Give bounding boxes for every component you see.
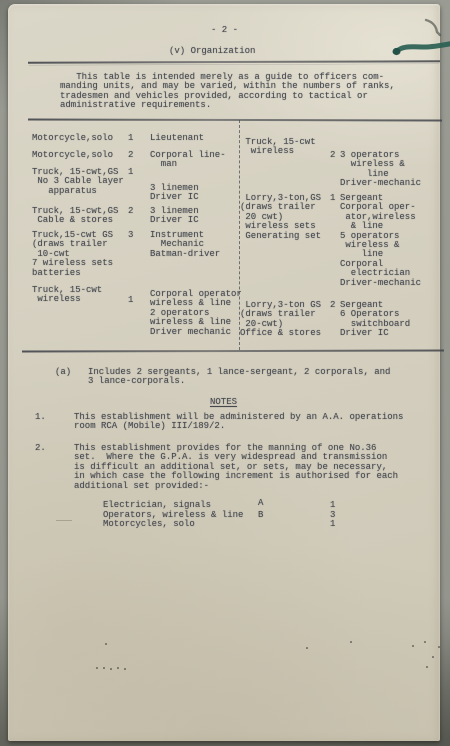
qty-cell: 3 [128, 231, 133, 240]
personnel-cell: Lieutenant [150, 134, 204, 143]
qty-cell: 2 [330, 301, 335, 310]
photo-backdrop: - 2 - (v) Organization This table is int… [0, 0, 450, 746]
notes-heading: NOTES [210, 398, 237, 407]
qty-cell: 1 [330, 194, 335, 203]
vehicle-cell: Truck,15-cwt GS (draws trailer 10-cwt 7 … [32, 231, 113, 278]
increment-qty: 1 [330, 501, 335, 510]
personnel-cell: Corporal line- man [150, 151, 226, 170]
note-text: This establishment provides for the mann… [74, 444, 398, 491]
vehicle-cell: Truck, 15-cwt wireless [32, 286, 102, 305]
increment-qty: 1 [330, 520, 335, 529]
document-page: - 2 - (v) Organization This table is int… [8, 4, 440, 741]
note-number: 1. [35, 413, 46, 422]
personnel-cell: Corporal operator wireless & line 2 oper… [150, 290, 242, 337]
footnote-a-text: Includes 2 sergeants, 1 lance-sergeant, … [88, 368, 390, 387]
qty-cell: 1 [128, 168, 133, 177]
qty-cell: 2 [128, 151, 133, 160]
heading-rule [28, 60, 440, 63]
note-number: 2. [35, 444, 46, 453]
intro-paragraph: This table is intended merely as a guide… [60, 73, 395, 111]
vehicle-cell: Truck, 15-cwt,GS Cable & stores [32, 207, 118, 226]
vehicle-cell: Truck, 15-cwt wireless [240, 138, 316, 157]
vehicle-cell: Motorcycle,solo [32, 151, 113, 160]
vehicle-cell: Lorry,3-ton,GS (draws trailer 20 cwt) wi… [240, 194, 321, 241]
personnel-cell: 3 linemen Driver IC [150, 184, 199, 203]
increment-item: Electrician, signals [103, 501, 211, 510]
section-heading: (v) Organization [169, 47, 255, 56]
increment-item: Motorcycles, solo [103, 520, 195, 529]
increment-code: A [258, 499, 263, 508]
qty-cell: 2 [128, 207, 133, 216]
qty-cell: 1 [128, 296, 133, 305]
table-bottom-rule [22, 349, 444, 352]
personnel-cell: Sergeant Corporal oper- ator,wireless & … [340, 194, 421, 288]
personnel-cell: Instrument Mechanic Batman-driver [150, 231, 220, 259]
personnel-cell: 3 operators wireless & line Driver-mecha… [340, 151, 421, 189]
paper-smudge [56, 520, 72, 521]
qty-cell: 2 [330, 151, 335, 160]
vehicle-cell: Lorry,3-ton GS (draws trailer 20-cwt) Of… [240, 301, 321, 339]
note-text: This establishment will be administered … [74, 413, 403, 432]
vehicle-cell: Truck, 15-cwt,GS No 3 Cable layer appara… [32, 168, 124, 196]
qty-cell: 1 [128, 134, 133, 143]
increment-code: B [258, 511, 263, 520]
pen-squiggle-mark [424, 16, 450, 40]
personnel-cell: Sergeant 6 Operators switchboard Driver … [340, 301, 410, 339]
table-top-rule [28, 118, 442, 121]
personnel-cell: 3 linemen Driver IC [150, 207, 199, 226]
footnote-a-label: (a) [55, 368, 71, 377]
page-number: - 2 - [211, 26, 238, 35]
vehicle-cell: Motorcycle,solo [32, 134, 113, 143]
